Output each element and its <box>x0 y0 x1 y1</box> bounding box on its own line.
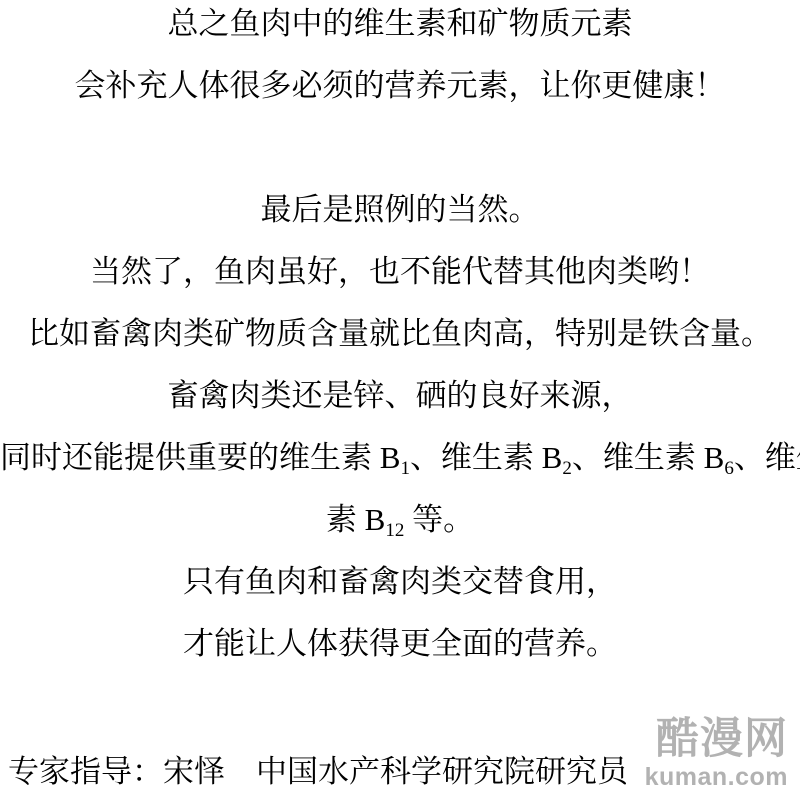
text-segment: 、维生 <box>734 440 800 475</box>
text-segment: 、维生素 B <box>572 440 724 475</box>
text-segment: 等。 <box>404 502 474 537</box>
text-line: 同时还能提供重要的维生素 B1、维生素 B2、维生素 B6、维生 <box>0 427 800 489</box>
kuman-logo: 酷漫网 <box>645 714 788 764</box>
text-line: 总之鱼肉中的维生素和矿物质元素 <box>0 0 800 55</box>
text-line: 素 B12 等。 <box>0 489 800 551</box>
text-line: 比如畜禽肉类矿物质含量就比鱼肉高，特别是铁含量。 <box>0 303 800 365</box>
text-segment: 总之鱼肉中的维生素和矿物质元素 <box>168 6 633 41</box>
text-segment: 、维生素 B <box>410 440 562 475</box>
watermark: 酷漫网 kuman.com <box>645 714 788 790</box>
vitamin-subscript: 2 <box>562 458 572 479</box>
text-segment: 会补充人体很多必须的营养元素，让你更健康！ <box>75 68 726 103</box>
vitamin-subscript: 1 <box>400 458 410 479</box>
text-segment: 当然了，鱼肉虽好，也不能代替其他肉类哟！ <box>90 254 710 289</box>
text-line: 会补充人体很多必须的营养元素，让你更健康！ <box>0 55 800 117</box>
text-line: 当然了，鱼肉虽好，也不能代替其他肉类哟！ <box>0 241 800 303</box>
article-page: 总之鱼肉中的维生素和矿物质元素会补充人体很多必须的营养元素，让你更健康！最后是照… <box>0 0 800 794</box>
expert-credit-line: 专家指导：宋怿 中国水产科学研究院研究员 <box>8 750 628 794</box>
text-line: 只有鱼肉和畜禽肉类交替食用， <box>0 551 800 613</box>
text-segment: 同时还能提供重要的维生素 B <box>0 440 400 475</box>
text-segment: 素 B <box>326 502 385 537</box>
text-segment: 比如畜禽肉类矿物质含量就比鱼肉高，特别是铁含量。 <box>28 316 772 351</box>
kuman-site-url: kuman.com <box>645 764 788 790</box>
text-segment: 最后是照例的当然。 <box>261 192 540 227</box>
text-line: 最后是照例的当然。 <box>0 179 800 241</box>
text-line: 畜禽肉类还是锌、硒的良好来源， <box>0 365 800 427</box>
text-segment: 才能让人体获得更全面的营养。 <box>183 626 617 661</box>
article-text-block: 总之鱼肉中的维生素和矿物质元素会补充人体很多必须的营养元素，让你更健康！最后是照… <box>0 0 800 675</box>
blank-line <box>0 117 800 179</box>
text-segment: 只有鱼肉和畜禽肉类交替食用， <box>183 564 617 599</box>
vitamin-subscript: 6 <box>724 458 734 479</box>
vitamin-subscript: 12 <box>385 520 404 541</box>
text-line: 才能让人体获得更全面的营养。 <box>0 613 800 675</box>
text-segment: 畜禽肉类还是锌、硒的良好来源， <box>168 378 633 413</box>
